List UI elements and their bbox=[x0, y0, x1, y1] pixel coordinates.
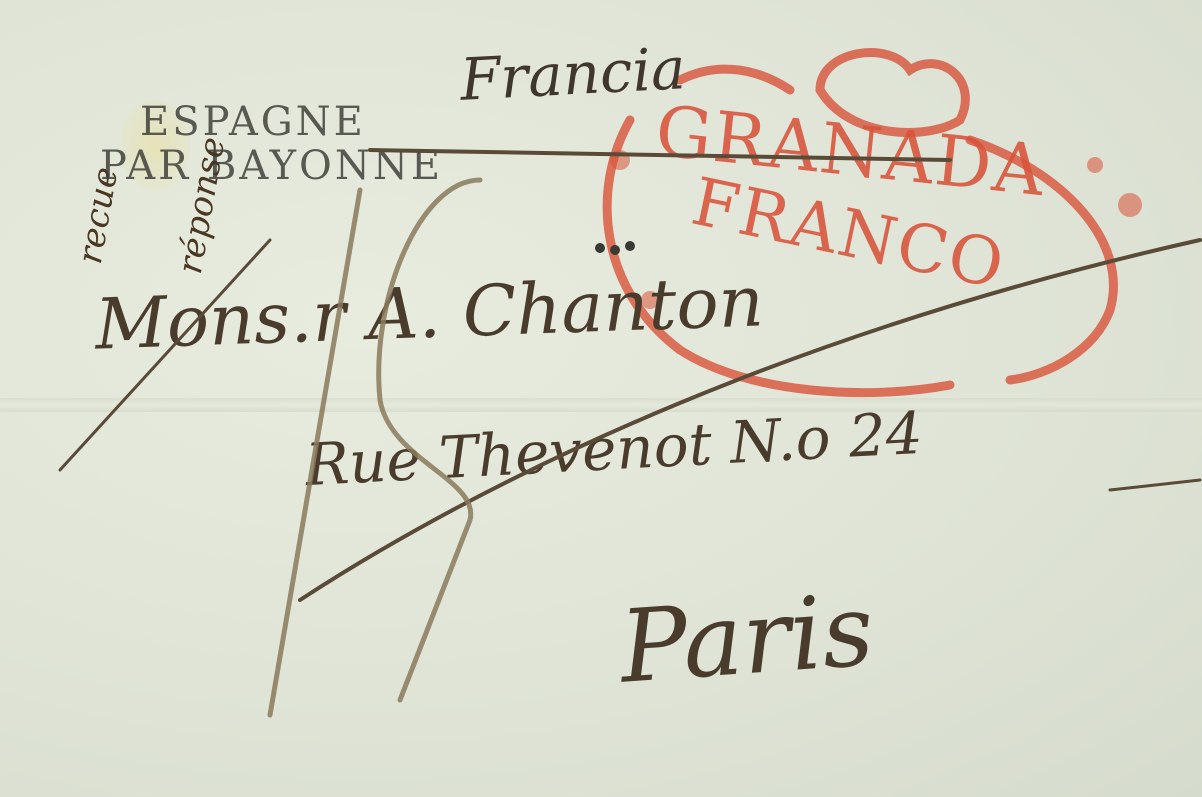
manuscript-rate-strokes bbox=[0, 0, 1202, 797]
postal-cover: recue réponse ESPAGNE PAR BAYONNE GRANAD… bbox=[0, 0, 1202, 797]
